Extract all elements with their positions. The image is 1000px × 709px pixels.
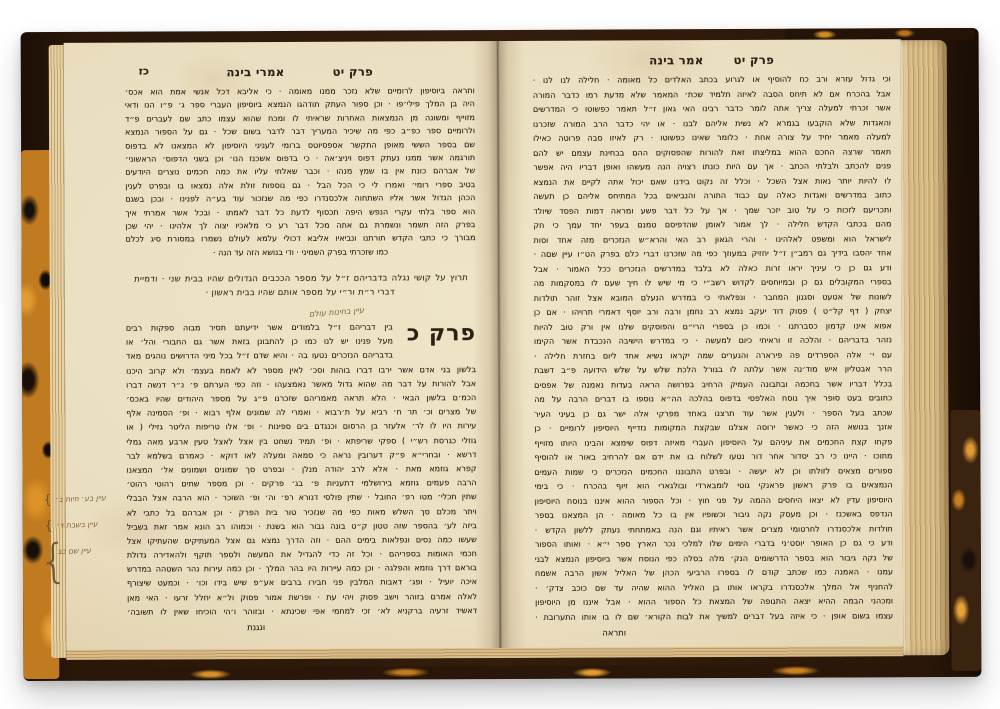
text-line: ולרומיים ספר כפ״ב כפי מה שיכיר המעריך דב…	[125, 124, 475, 139]
text-line: היה בן המלך פילי׳פו · וכן ספור העתק תודה…	[125, 98, 475, 113]
treatise-summary-note: תרוץ על קושי נגלה בדבריהם ז״ל על מספר הכ…	[133, 271, 469, 299]
handwritten-annotation: עיין בחינות עולם	[308, 306, 364, 319]
text-line: דברי ר״ת ור״י על מספר אותם שהיו בבית ראש…	[133, 285, 468, 300]
left-page: כז אמרי בינה פרק יט ותראה ביוסיפון לרומי…	[125, 64, 477, 633]
text-line: שכתב בעל הספר · ולענין אשר עוד תרצנו באח…	[534, 406, 892, 422]
text-line: של נקה גיבור הוא בספר הדרשומים הנק׳ מלה …	[535, 551, 893, 567]
text-line: של אברהם כונת אין בו שמץ מנהו · וכבר שאל…	[125, 164, 475, 179]
text-line: מתוכו · היינו כי רב יסדור אחר דור נטעו ל…	[534, 449, 892, 465]
text-line: בכלל דבריו אשר בחכמה ובתבונה העמיק הרחיב…	[534, 377, 892, 393]
text-line: דאשיד זרעיה ברקניא לא׳ זכי למחמי אפי שכי…	[127, 604, 477, 620]
text-line: איכה יועיל · ופג׳ דאבות המלבין פני חבירו…	[127, 576, 477, 592]
book: כז אמרי בינה פרק יט ותראה ביוסיפון לרומי…	[21, 28, 982, 681]
fore-edge	[901, 40, 950, 655]
left-head-chapter: פרק יט	[333, 65, 374, 79]
text-line: תרוץ על קושי נגלה בדבריהם ז״ל על מספר הכ…	[134, 271, 469, 286]
catchword-right: ותראה	[435, 627, 793, 639]
chapter-twenty-section: עיין בחינות עולם פרק כ בין דבריהם ז״ל בל…	[126, 320, 477, 632]
right-head-chapter: פרק יט	[734, 53, 775, 67]
text-line: ותכריעם לזכות כי על טוב יזכר שמך · אך על…	[533, 203, 891, 219]
text-line: עמנו · האמנה כמו שכתב קודם לו בספרו הרבי…	[535, 565, 893, 581]
text-line: הוא ספר בלתי עקרי הנפש היפה תכסוף לדעת כ…	[125, 205, 475, 220]
text-line: קפרא גוזמא מאת · אלא לרב יהודה מנלן · וב…	[126, 462, 476, 478]
text-line: עם י׳ אלה הספרדים פה פירארה והנערים שמה …	[534, 348, 892, 364]
chapter-text: בין דבריהם ז״ל בלמודים אשר ידיעתם תסיר מ…	[126, 320, 477, 619]
text-line: ספורים מצאים לזולתו וכן לא יעשה · ובפרט …	[534, 464, 892, 480]
text-line: פקחו קצת החכמים את עיניהם על היוסיפון הע…	[534, 435, 892, 451]
text-line: ומכהני הבמה ההיא יצאה התנופה של המצאת כל…	[535, 594, 893, 610]
margin-annotation: עיין בשבת ד׳	[46, 518, 130, 530]
text-line: כתוב במדרשים ואגדות כאלה עם כבוד התורה ו…	[533, 188, 891, 204]
left-paragraph: ותראה ביוסיפון לרומיים שלא נזכר ממנו מאו…	[125, 84, 476, 260]
text-line: יצחק ( דף קל״ט ) פסוק דוד יעקב נמצא רב נ…	[534, 304, 892, 320]
text-line: נזהר בדבריהם · והלכה זו וראיתי כיום למעש…	[534, 333, 892, 349]
text-line: של מצרים וכ׳ תר ח׳ רביא על ת׳רבוא · ואמר…	[126, 405, 476, 421]
text-line: מבורך כי כתבי הקדש תורתנו ונביאיו אליבא …	[125, 231, 475, 246]
text-line: בוראם דרך גוזמא והפלגה · וכן כמה עיירות …	[127, 561, 477, 577]
text-line: ודע גם כן כי עיניך יראו זרות כאלה לא בלב…	[534, 261, 892, 277]
text-line: מעל פנינו יש לנו כמו כן להתבונן בזאת אשר…	[126, 335, 393, 350]
text-line: שתין תכלי׳ מטו רפ׳ החובל · שתין פולסי דנ…	[127, 490, 477, 506]
text-line: לאלה אמרם בזוהר וישב פסוק ויהי עת · ופרש…	[127, 590, 477, 606]
text-line: הנדפס באשכנז · וכן מעסק נקה גיבור וכשופי…	[535, 507, 893, 523]
left-head-title: אמרי בינה	[226, 65, 284, 79]
text-line: היוסיפון עדין לא יצאו היחסים ההמה על פני…	[535, 493, 893, 509]
photo-background: כז אמרי בינה פרק יט ותראה ביוסיפון לרומי…	[0, 0, 1000, 709]
text-line: כמו שזכרתי בפרק השמיני · ודי בנושא הזה ע…	[126, 245, 476, 260]
text-line: גוזלי כגרסת רש״י ) ספקי שריפתא · ופ׳ תמי…	[126, 434, 476, 450]
marbled-cover-right	[950, 410, 981, 671]
right-running-head: אמר בינה פרק יט	[533, 52, 891, 69]
text-line: לישראל הוא ומשפט לאלהינו · והרי הגאון רב…	[533, 232, 891, 248]
text-line: עירות היו לו לר׳ אלעזר בן הרסום וכנגדם ב…	[126, 419, 476, 435]
margin-annotation: עיין בע׳ חיות ב׳	[45, 492, 129, 504]
chapter-heading: פרק כ	[407, 321, 476, 348]
text-line: אחד יהסבו בידיך גם רמב״ן ז״ל יחזיק במעוז…	[534, 246, 892, 262]
text-line: עצמו בשום אופן · כי איזה בעל דברים למשיך…	[535, 609, 893, 625]
text-line: ויתר מכלם סך השלש מאות כפי מה שנזכיר טור…	[127, 505, 477, 521]
text-line: הכהן הגדול אשר אליו השתחוה אלכסנדרו כפי …	[125, 191, 475, 206]
text-line: הנמצאים בו פרק ראשון פראנקי גוטי לומבארד…	[535, 478, 893, 494]
text-line: הרר אבטליון איש מוד׳נה אשר עלתה לו בגורל…	[534, 362, 892, 378]
text-line: אזנך בנושא הזה כי כאשר ירוסה אצלנו שבקצת…	[534, 420, 892, 436]
right-paragraph: וכי גדול עזרא ורב כח להוסיף או לגרוע בכת…	[533, 72, 893, 625]
text-line: והאגדות שלא הוקבעו בגמרא לא נשית אליהם ל…	[533, 116, 891, 132]
text-line: הרבה פעמים גוזמא בירושלמי דתעניות פ׳ בג׳…	[127, 476, 477, 492]
right-page: אמר בינה פרק יט וכי גדול עזרא ורב כח להו…	[533, 52, 894, 638]
text-line: דרשא · ובחרי״א פ״ק דערובין נראה כי סמאה …	[126, 448, 476, 464]
text-line: לשונות של אטעט וסגנון המחבר · ונפלאתי כי…	[534, 290, 892, 306]
text-line: למעלה מאמר יחיד על צורה אחת · כלומר שאינ…	[533, 130, 891, 146]
text-line: להחניף אל המלך אלכסנדרו בקראו אותו בן הא…	[535, 580, 893, 596]
text-line: כתובים בעט סופר איך נוסח האלפסי בדפוס בה…	[534, 391, 892, 407]
text-line: ביזה לע׳ בהספר שזה טטון ק״ט בונה גבור הו…	[127, 519, 477, 535]
text-line: אשר זכרתי למעלה צריך אתה לומר כדבר רבינו…	[533, 101, 891, 117]
text-line: מהם בכתבי הקדש חלילה · לך אמור לאומן שהד…	[533, 217, 891, 233]
text-line: תאמר שרצה החכם ההוא במליצתו זאת להורות ש…	[533, 145, 891, 161]
margin-annotation: עיין שם כב	[47, 544, 131, 556]
right-head-title: אמר בינה	[649, 53, 703, 67]
text-line: אפוא אינו קדמון כסברתנו · וכמו כן בספרי …	[534, 319, 892, 335]
text-line: אבל בהכרח אם לא תיחס הסבה לאיזה תלמיד שכ…	[533, 87, 891, 103]
folio-number: כז	[139, 66, 149, 78]
text-line: תולדות אלכסנדרו לחרטומי מצרים אשר ראיתיו…	[535, 522, 893, 538]
text-line: ודע כי גם כן האופר יוסט׳ני בדברי הימים ש…	[535, 536, 893, 552]
text-line: בספרי המקובלים גם כן ובמיוחסים לקדוש רשב…	[534, 275, 892, 291]
marbled-cover-bottom	[83, 664, 931, 681]
text-line: אבל להורות על דבר מה שהוא גדול מאשר נאמצ…	[126, 377, 476, 393]
catchword-left: ונגנת	[81, 621, 431, 633]
left-running-head: אמרי בינה פרק יט	[125, 64, 475, 81]
margin-annotations: עיין בע׳ חיות ב׳עיין בשבת ד׳עיין שם כב	[45, 492, 132, 573]
text-line: לו להיות יותר נאות אצל השכל · וכלל זה נק…	[533, 174, 891, 190]
text-line: בדבריהם הנזכרים נטעו בה · והיא שדם ז״ל ב…	[126, 349, 393, 364]
text-line: הכמ׳ם בלשון הבאי · הלא תראה מאמריהם שזכר…	[126, 391, 476, 407]
text-line: בין דבריהם ז״ל בלמודים אשר ידיעתם תסיר מ…	[126, 321, 393, 336]
text-line: שעשו כמה נסים ונפלאות בימים ההם · וזה הד…	[127, 533, 477, 549]
text-line: בלשון בני אדם אשר ירבו דברו בוהות וסכ׳ ל…	[126, 363, 476, 379]
text-line: וכי גדול עזרא ורב כח להוסיף או לגרוע בכת…	[533, 72, 891, 88]
text-line: פנים להכתב ולבלתי הכתב · אך עם היות כונת…	[533, 159, 891, 175]
gutter-shadow	[472, 41, 527, 648]
text-line: חכמי האומות בספריהם · וכל זה כדי להגדיל …	[127, 547, 477, 563]
